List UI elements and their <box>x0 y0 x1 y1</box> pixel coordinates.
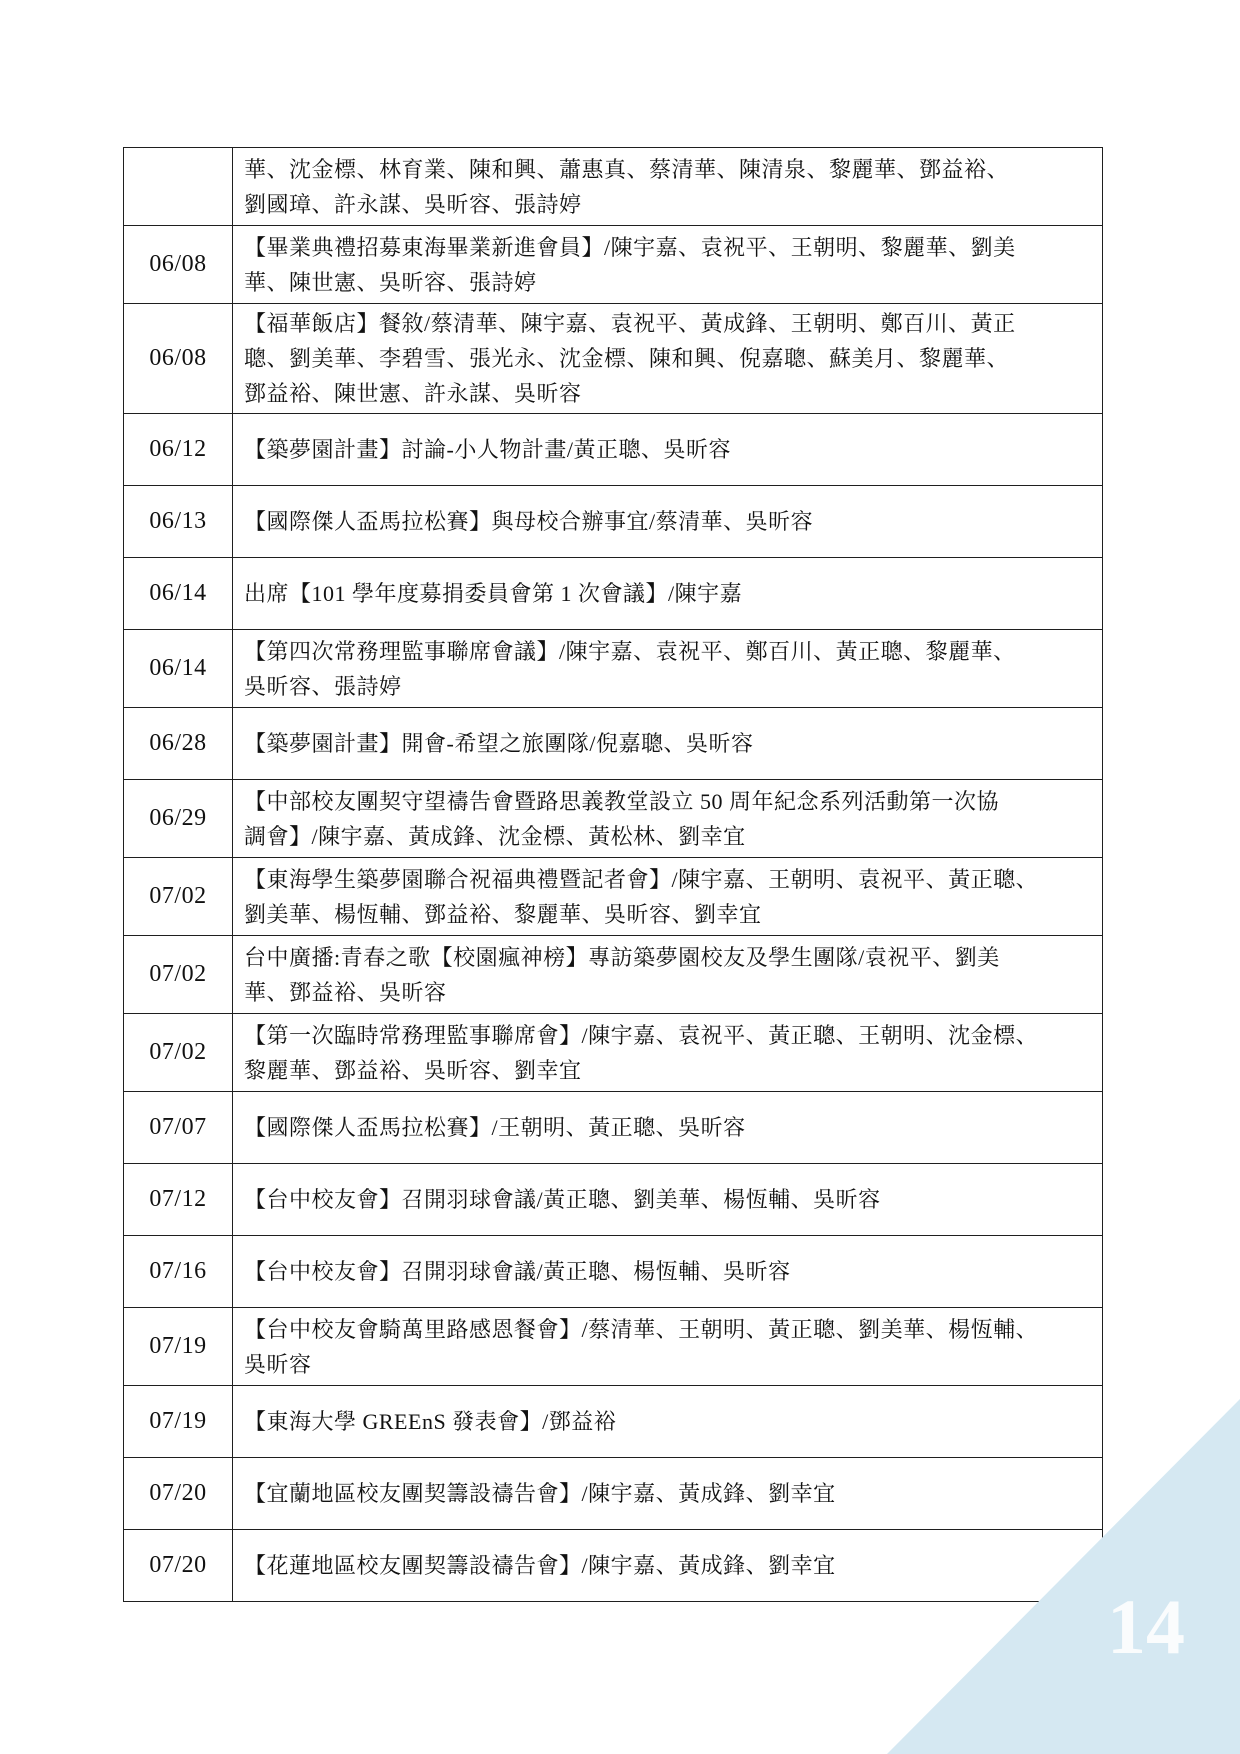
description-cell: 【台中校友會騎萬里路感恩餐會】/蔡清華、王朝明、黃正聰、劉美華、楊恆輔、 吳昕容 <box>233 1308 1103 1386</box>
table-row: 06/29【中部校友團契守望禱告會暨路思義教堂設立 50 周年紀念系列活動第一次… <box>124 780 1103 858</box>
description-cell: 【築夢園計畫】開會-希望之旅團隊/倪嘉聰、吳昕容 <box>233 708 1103 780</box>
table-row: 07/02台中廣播:青春之歌【校園瘋神榜】專訪築夢園校友及學生團隊/袁祝平、劉美… <box>124 936 1103 1014</box>
table-row: 07/19【東海大學 GREEnS 發表會】/鄧益裕 <box>124 1386 1103 1458</box>
description-cell: 【築夢園計畫】討論-小人物計畫/黃正聰、吳昕容 <box>233 414 1103 486</box>
description-cell: 【台中校友會】召開羽球會議/黃正聰、楊恆輔、吳昕容 <box>233 1236 1103 1308</box>
description-cell: 【第一次臨時常務理監事聯席會】/陳宇嘉、袁祝平、黃正聰、王朝明、沈金標、 黎麗華… <box>233 1014 1103 1092</box>
description-cell: 【福華飯店】餐敘/蔡清華、陳宇嘉、袁祝平、黃成鋒、王朝明、鄭百川、黃正 聰、劉美… <box>233 304 1103 414</box>
date-cell: 06/14 <box>124 630 233 708</box>
table-row: 07/07【國際傑人盃馬拉松賽】/王朝明、黃正聰、吳昕容 <box>124 1092 1103 1164</box>
table-row: 06/08【畢業典禮招募東海畢業新進會員】/陳宇嘉、袁祝平、王朝明、黎麗華、劉美… <box>124 226 1103 304</box>
description-cell: 【畢業典禮招募東海畢業新進會員】/陳宇嘉、袁祝平、王朝明、黎麗華、劉美 華、陳世… <box>233 226 1103 304</box>
date-cell: 07/02 <box>124 1014 233 1092</box>
table-row: 07/16【台中校友會】召開羽球會議/黃正聰、楊恆輔、吳昕容 <box>124 1236 1103 1308</box>
page-number: 14 <box>1107 1588 1185 1666</box>
description-cell: 【花蓮地區校友團契籌設禱告會】/陳宇嘉、黃成鋒、劉幸宜 <box>233 1530 1103 1602</box>
date-cell: 06/29 <box>124 780 233 858</box>
description-cell: 【東海大學 GREEnS 發表會】/鄧益裕 <box>233 1386 1103 1458</box>
date-cell: 06/08 <box>124 226 233 304</box>
table-row: 07/02【東海學生築夢園聯合祝福典禮暨記者會】/陳宇嘉、王朝明、袁祝平、黃正聰… <box>124 858 1103 936</box>
description-cell: 【中部校友團契守望禱告會暨路思義教堂設立 50 周年紀念系列活動第一次協 調會】… <box>233 780 1103 858</box>
date-cell: 06/28 <box>124 708 233 780</box>
description-cell: 【國際傑人盃馬拉松賽】/王朝明、黃正聰、吳昕容 <box>233 1092 1103 1164</box>
description-cell: 【台中校友會】召開羽球會議/黃正聰、劉美華、楊恆輔、吳昕容 <box>233 1164 1103 1236</box>
date-cell: 07/20 <box>124 1458 233 1530</box>
description-cell: 出席【101 學年度募捐委員會第 1 次會議】/陳宇嘉 <box>233 558 1103 630</box>
date-cell: 07/12 <box>124 1164 233 1236</box>
document-page: 華、沈金標、林育業、陳和興、蕭惠真、蔡清華、陳清泉、黎麗華、鄧益裕、 劉國璋、許… <box>0 0 1240 1754</box>
description-cell: 【東海學生築夢園聯合祝福典禮暨記者會】/陳宇嘉、王朝明、袁祝平、黃正聰、 劉美華… <box>233 858 1103 936</box>
table-row: 07/20【花蓮地區校友團契籌設禱告會】/陳宇嘉、黃成鋒、劉幸宜 <box>124 1530 1103 1602</box>
date-cell: 07/20 <box>124 1530 233 1602</box>
table-row: 07/02【第一次臨時常務理監事聯席會】/陳宇嘉、袁祝平、黃正聰、王朝明、沈金標… <box>124 1014 1103 1092</box>
description-cell: 台中廣播:青春之歌【校園瘋神榜】專訪築夢園校友及學生團隊/袁祝平、劉美 華、鄧益… <box>233 936 1103 1014</box>
date-cell <box>124 148 233 226</box>
table-row: 06/12【築夢園計畫】討論-小人物計畫/黃正聰、吳昕容 <box>124 414 1103 486</box>
table-row: 華、沈金標、林育業、陳和興、蕭惠真、蔡清華、陳清泉、黎麗華、鄧益裕、 劉國璋、許… <box>124 148 1103 226</box>
table-row: 07/12【台中校友會】召開羽球會議/黃正聰、劉美華、楊恆輔、吳昕容 <box>124 1164 1103 1236</box>
date-cell: 06/08 <box>124 304 233 414</box>
date-cell: 06/12 <box>124 414 233 486</box>
description-cell: 【國際傑人盃馬拉松賽】與母校合辦事宜/蔡清華、吳昕容 <box>233 486 1103 558</box>
description-cell: 【第四次常務理監事聯席會議】/陳宇嘉、袁祝平、鄭百川、黃正聰、黎麗華、 吳昕容、… <box>233 630 1103 708</box>
date-cell: 06/13 <box>124 486 233 558</box>
table-row: 06/28【築夢園計畫】開會-希望之旅團隊/倪嘉聰、吳昕容 <box>124 708 1103 780</box>
activity-table: 華、沈金標、林育業、陳和興、蕭惠真、蔡清華、陳清泉、黎麗華、鄧益裕、 劉國璋、許… <box>123 147 1103 1602</box>
date-cell: 07/19 <box>124 1308 233 1386</box>
activity-table-body: 華、沈金標、林育業、陳和興、蕭惠真、蔡清華、陳清泉、黎麗華、鄧益裕、 劉國璋、許… <box>124 148 1103 1602</box>
table-row: 06/08【福華飯店】餐敘/蔡清華、陳宇嘉、袁祝平、黃成鋒、王朝明、鄭百川、黃正… <box>124 304 1103 414</box>
table-row: 06/14【第四次常務理監事聯席會議】/陳宇嘉、袁祝平、鄭百川、黃正聰、黎麗華、… <box>124 630 1103 708</box>
table-row: 07/20【宜蘭地區校友團契籌設禱告會】/陳宇嘉、黃成鋒、劉幸宜 <box>124 1458 1103 1530</box>
table-row: 06/13【國際傑人盃馬拉松賽】與母校合辦事宜/蔡清華、吳昕容 <box>124 486 1103 558</box>
description-cell: 【宜蘭地區校友團契籌設禱告會】/陳宇嘉、黃成鋒、劉幸宜 <box>233 1458 1103 1530</box>
date-cell: 07/02 <box>124 858 233 936</box>
table-row: 07/19【台中校友會騎萬里路感恩餐會】/蔡清華、王朝明、黃正聰、劉美華、楊恆輔… <box>124 1308 1103 1386</box>
date-cell: 07/02 <box>124 936 233 1014</box>
description-cell: 華、沈金標、林育業、陳和興、蕭惠真、蔡清華、陳清泉、黎麗華、鄧益裕、 劉國璋、許… <box>233 148 1103 226</box>
table-row: 06/14出席【101 學年度募捐委員會第 1 次會議】/陳宇嘉 <box>124 558 1103 630</box>
date-cell: 07/07 <box>124 1092 233 1164</box>
date-cell: 06/14 <box>124 558 233 630</box>
date-cell: 07/16 <box>124 1236 233 1308</box>
date-cell: 07/19 <box>124 1386 233 1458</box>
